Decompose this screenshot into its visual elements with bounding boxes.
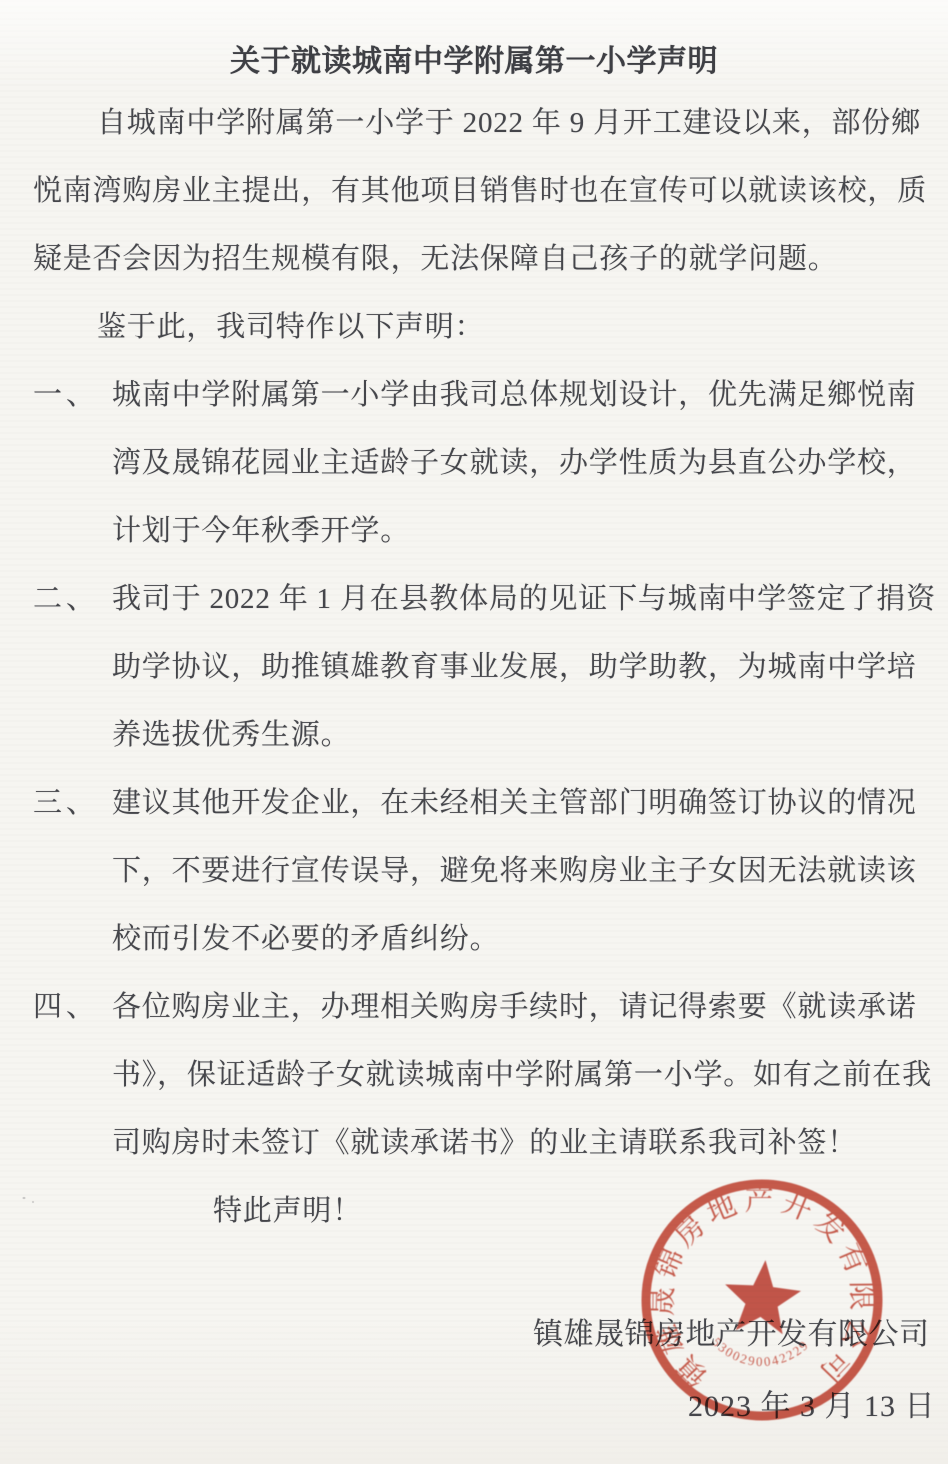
- item-text: 城南中学附属第一小学由我司总体规划设计，优先满足鄉悦南: [112, 361, 917, 429]
- item-number: 四、: [33, 973, 112, 1041]
- numbered-item: 一、 城南中学附属第一小学由我司总体规划设计，优先满足鄉悦南: [33, 361, 921, 429]
- document-title: 关于就读城南中学附属第一小学声明: [0, 36, 948, 80]
- item-number: 一、: [33, 361, 112, 429]
- numbered-item: 四、 各位购房业主，办理相关购房手续时，请记得索要《就读承诺: [33, 973, 921, 1041]
- item-text: 各位购房业主，办理相关购房手续时，请记得索要《就读承诺: [112, 973, 917, 1041]
- numbered-item: 二、 我司于 2022 年 1 月在县教体局的见证下与城南中学签定了捐资: [33, 565, 921, 633]
- item-text: 我司于 2022 年 1 月在县教体局的见证下与城南中学签定了捐资: [112, 565, 936, 633]
- company-seal-stamp: 镇雄晟锦房地产开发有限公司 5300290042229: [630, 1168, 894, 1432]
- item-number: 三、: [33, 769, 112, 837]
- body-line: 助学协议，助推镇雄教育事业发展，助学助教，为城南中学培: [33, 633, 921, 701]
- body-line: 湾及晟锦花园业主适龄子女就读，办学性质为县直公办学校，: [33, 429, 921, 497]
- body-line: 鉴于此，我司特作以下声明：: [33, 293, 921, 361]
- body-line: 悦南湾购房业主提出，有其他项目销售时也在宣传可以就读该校，质: [33, 157, 921, 225]
- document-body: 自城南中学附属第一小学于 2022 年 9 月开工建设以来，部份鄉 悦南湾购房业…: [33, 89, 921, 1245]
- body-line: 司购房时未签订《就读承诺书》的业主请联系我司补签！: [33, 1109, 921, 1177]
- body-line: 计划于今年秋季开学。: [33, 497, 921, 565]
- scanned-document-page: 关于就读城南中学附属第一小学声明 自城南中学附属第一小学于 2022 年 9 月…: [0, 0, 948, 1464]
- body-line: 校而引发不必要的矛盾纠纷。: [33, 905, 921, 973]
- seal-star-icon: [721, 1257, 803, 1336]
- scan-noise-mark: [20, 1196, 38, 1204]
- body-line: 书》，保证适龄子女就读城南中学附属第一小学。如有之前在我: [33, 1041, 921, 1109]
- numbered-item: 三、 建议其他开发企业，在未经相关主管部门明确签订协议的情况: [33, 769, 921, 837]
- item-number: 二、: [33, 565, 112, 633]
- item-text: 建议其他开发企业，在未经相关主管部门明确签订协议的情况: [112, 769, 917, 837]
- body-line: 养选拔优秀生源。: [33, 701, 921, 769]
- seal-registration-code: 5300290042229: [709, 1334, 812, 1369]
- body-line: 疑是否会因为招生规模有限，无法保障自己孩子的就学问题。: [33, 225, 921, 293]
- body-line: 下，不要进行宣传误导，避免将来购房业主子女因无法就读该: [33, 837, 921, 905]
- body-line: 自城南中学附属第一小学于 2022 年 9 月开工建设以来，部份鄉: [33, 89, 921, 157]
